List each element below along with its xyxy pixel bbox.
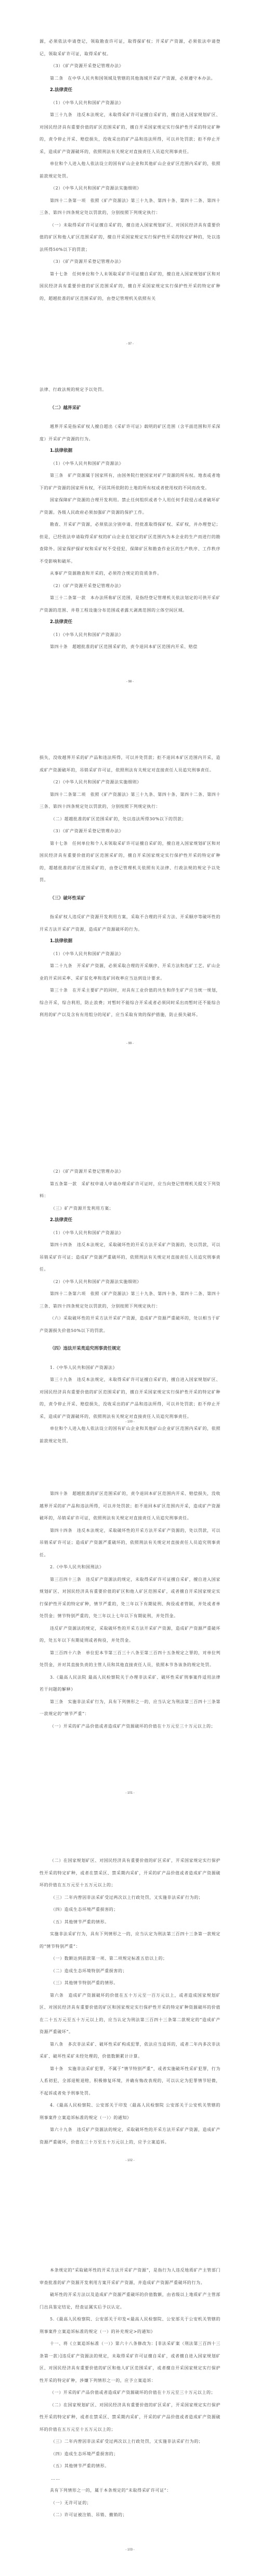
law-reference: （四）造成生态环境严重损害的； (40, 2448, 220, 2460)
section-heading: （四）违法开采类追究刑事责任规定 (40, 1343, 220, 1355)
page: （二）在国家规划矿区、对国民经济具有重要价值的矿区采矿，开采国家规定实行保护性开… (0, 1840, 260, 2208)
paragraph: 指采矿权人违反矿产资源开发利用方案，采取不合理的开采方法、开采顺序等破坏性的开采… (40, 911, 220, 935)
numbered-heading: 2.法律责任 (40, 84, 220, 97)
law-title: 1.《中华人民共和国矿产资源法》 (40, 1362, 220, 1374)
page-body: 第四十条 超越批准的矿区范围采矿的，责令退回本矿区范围内开采、赔偿损失，没收越界… (40, 1488, 220, 1732)
page-body: 本条规定的“采取破坏性的开采方法开采矿产资源”，是指行为人违反地质矿产主管部门审… (40, 2264, 220, 2521)
page: 源，必须依法申请登记，领取勘查许可证，取得探矿权；开采矿产资源，必须依法申请登记… (0, 0, 260, 368)
law-reference: （一）无许可证的； (40, 2497, 220, 2509)
paragraph: 第三条 矿产资源属于国家所有，由国务院行使国家对矿产资源的所有权。地表或者地下的… (40, 469, 220, 494)
paragraph: 第五条第一款 采矿权申请人申请办理采矿许可证时，应当向登记管理机关提交下列资料： (40, 1178, 220, 1202)
paragraph: （二）在国家规划矿区、对国民经济具有重要价值的矿区采矿，开采国家规定实行保护性开… (40, 1855, 220, 1892)
law-reference: （五）其他情节严重的情形。 (40, 1916, 220, 1928)
paragraph: 第四十四条 违反本法规定，采取破坏性的开采方法开采矿产资源的，处以罚款，可以吊销… (40, 1525, 220, 1562)
paragraph: 第二十九条 开采矿产资源，必须采取合理的开采顺序、开采方法和选矿工艺。矿山企业的… (40, 960, 220, 984)
law-reference: （2）《矿产资源开采登记管理办法》 (40, 580, 220, 592)
page-number: - 100 - (0, 1420, 260, 1424)
paragraph: 第四十二条第二项 依照《矿产资源法》第三十九条、第四十条、第四十二条、第四十三条… (40, 789, 220, 813)
paragraph: 4.《最高人民检察院、公安部关于印发〈最高人民检察院 公安部关于公安机关管辖的刑… (40, 2099, 220, 2124)
law-reference: （1）《中华人民共和国矿产资源法》 (40, 629, 220, 641)
law-reference: （2）《矿产资源开采登记管理办法》 (40, 1165, 220, 1178)
paragraph: 从事矿产资源勘查和开采的，必须符合规定的资质条件。 (40, 567, 220, 580)
law-reference: （3）《矿产资源开采登记管理办法》 (40, 60, 220, 72)
paragraph: 第三十九条 违反本法规定，未取得采矿许可证擅自采矿的，擅自进入国家规划矿区、对国… (40, 109, 220, 158)
ellipsis: …… (40, 2472, 220, 2485)
paragraph: 违反矿产资源法的规定，采取破坏性的开采方法开采矿产资源，造成矿产资源严重破坏的，… (40, 1622, 220, 1647)
paragraph: 第四十四条 违反本法规定，采取破坏性的开采方法开采矿产资源的，处以罚款，可以吊销… (40, 1239, 220, 1276)
paragraph: 国家保障矿产资源的合理开发利用。禁止任何组织或者个人用任何手段侵占或者破坏矿产资… (40, 494, 220, 518)
paragraph: 第四十二条第六项 依照《矿产资源法》第三十九条、第四十条、第四十二条、第四十三条… (40, 1288, 220, 1312)
law-reference: （2）《中华人民共和国矿产资源法实施细则》 (40, 182, 220, 195)
page-number: - 103 - (0, 2548, 260, 2552)
paragraph: 第八条 多次非法采矿、破坏性采矿构成犯罪，依法应当追诉的，或者二年内多次非法采矿… (40, 2038, 220, 2063)
paragraph: 十一、将《立案追诉标准（一）》第六十八条修改为：[非法采矿案（刑法第三百四十三条… (40, 2338, 220, 2387)
paragraph: 实施非法采矿行为，具有下列情形之一的，应当认定为刑法第三百四十三条第一款规定的“… (40, 1928, 220, 1952)
section-heading: （三）破坏性采矿 (40, 893, 220, 905)
law-reference: （3）《矿产资源开采登记管理办法》 (40, 825, 220, 837)
law-title: 具有下列情形之一的，属于本条规定的“未取得采矿许可证”： (40, 2484, 220, 2497)
section-heading: （二）越界采矿 (40, 402, 220, 415)
paragraph: 法律、行政法规的规定予以处罚。 (40, 384, 220, 396)
paragraph: 第十七条 任何单位和个人未领取采矿许可证擅自采矿的，擅自进入国家规划矿区和对国民… (40, 837, 220, 886)
paragraph: 第十条 实施非法采矿犯罪，不属于“情节特别严重”，或者实施破坏性采矿犯罪，行为人… (40, 2063, 220, 2100)
law-reference: （3）《矿产资源开采登记管理办法》 (40, 256, 220, 268)
numbered-heading: 2.法律责任 (40, 616, 220, 629)
paragraph: 越界开采是指采矿权人擅自超出《采矿许可证》载明的矿区范围（含平面范围和开采深度）… (40, 421, 220, 445)
paragraph: 第三百四十六条 单位犯本节第三百三十八条至第三百四十五条规定之罪的，对单位判处罚… (40, 1647, 220, 1671)
page-body: （2）《矿产资源开采登记管理办法》第五条第一款 采矿权申请人申请办理采矿许可证时… (40, 1165, 220, 1447)
law-reference: （四）造成生态环境严重损害的； (40, 1904, 220, 1916)
page-number: - 101 - (0, 1792, 260, 1795)
page-body: 源，必须依法申请登记，领取勘查许可证，取得探矿权；开采矿产资源，必须依法申请登记… (40, 35, 220, 304)
law-reference: （二）超越批准的矿区范围采矿的，处以违法所得30%以下的罚款； (40, 813, 220, 826)
paragraph: 破坏性的开采方法以及造成矿产资源严重破坏的价值数额，由省级以上地质矿产主管部门出… (40, 2289, 220, 2313)
page: 法律、行政法规的规定予以处罚。（二）越界采矿越界开采是指采矿权人擅自超出《采矿许… (0, 368, 260, 736)
page: 损失，没收越界开采的矿产品和违法所得，可以并处罚款；拒不退回本矿区范围内开采，造… (0, 736, 260, 1104)
paragraph: 源，必须依法申请登记，领取勘查许可证，取得探矿权；开采矿产资源，必须依法申请登记… (40, 35, 220, 60)
paragraph: （一）开采的矿产品价值或者造成矿产资源破坏的价值在十万元至三十万元以上的； (40, 2387, 220, 2399)
paragraph: （一）开采的矿产品价值或者造成矿产资源破坏的价值在十万元至三十万元以上的； (40, 1720, 220, 1733)
law-reference: （1）《中华人民共和国矿产资源法》 (40, 97, 220, 109)
law-reference: （三）二年内曾因非法采矿受过两次以上行政处罚，又实施非法采矿行为的； (40, 1892, 220, 1904)
paragraph: （二）在国家规划矿区、对国民经济具有重要价值的矿区采矿，开采国家规定实行保护性开… (40, 2399, 220, 2436)
law-reference: （1）《中华人民共和国矿产资源法》 (40, 458, 220, 470)
paragraph: 第四十条 超越批准的矿区范围采矿的，责令退回本矿区范围内开采、赔偿损失，没收越界… (40, 1488, 220, 1525)
page: 本条规定的“采取破坏性的开采方法开采矿产资源”，是指行为人违反地质矿产主管部门审… (0, 2208, 260, 2576)
paragraph: 第三百四十三条 违反矿产资源法的规定，未取得采矿许可证擅自采矿，擅自进入国家规划… (40, 1573, 220, 1622)
page-body: 法律、行政法规的规定予以处罚。（二）越界采矿越界开采是指采矿权人擅自超出《采矿许… (40, 384, 220, 653)
paragraph: 第二条 在中华人民共和国领域及管辖的其他海域开采矿产资源，必须遵守本办法。 (40, 72, 220, 85)
document: 源，必须依法申请登记，领取勘查许可证，取得探矿权；开采矿产资源，必须依法申请登记… (0, 0, 260, 2576)
law-reference: （二）许可证被注销、吊销、撤销的； (40, 2509, 220, 2521)
page-body: 损失，没收越界开采的矿产品和违法所得，可以并处罚款；拒不退回本矿区范围内开采，造… (40, 752, 220, 1021)
law-reference: （五）其他情节严重的情形。 (40, 2460, 220, 2472)
paragraph: 第十七条 任何单位和个人未领取采矿许可证擅自采矿的，擅自进入国家规划矿区和对国民… (40, 268, 220, 305)
numbered-heading: 1.法律依据 (40, 445, 220, 458)
paragraph: 第六条 造成矿产资源破坏的价值在五十万元至一百万元以上，或者造成国家规划矿区、对… (40, 1989, 220, 2038)
page-body: （二）在国家规划矿区、对国民经济具有重要价值的矿区采矿，开采国家规定实行保护性开… (40, 1855, 220, 2148)
page-number: - 98 - (0, 680, 260, 683)
paragraph: （一）未取得采矿许可证擅自采矿的，擅自进入国家规划矿区、对国民经济具有重要价值的… (40, 219, 220, 256)
paragraph: 第三条 实施非法采矿行为，具有下列情形之一的，应当认定为刑法第三百四十三条第一款… (40, 1696, 220, 1720)
law-title: 2.《中华人民共和国刑法》 (40, 1561, 220, 1573)
numbered-heading: 1.法律依据 (40, 935, 220, 948)
paragraph: 第三十二条第一款 本办法所称矿区范围，是指经登记管理机关依法划定的可供开采矿产资… (40, 592, 220, 616)
law-reference: （1）《中华人民共和国矿产资源法》 (40, 1227, 220, 1239)
law-reference: （三）矿产资源开发利用方案； (40, 1202, 220, 1215)
paragraph: 本条规定的“采取破坏性的开采方法开采矿产资源”，是指行为人违反地质矿产主管部门审… (40, 2264, 220, 2289)
paragraph: 勘查、开采矿产资源，必须依法分别申请、经批准取得探矿权、采矿权，并办理登记；但是… (40, 518, 220, 567)
page: （2）《矿产资源开采登记管理办法》第五条第一款 采矿权申请人申请办理采矿许可证时… (0, 1104, 260, 1472)
paragraph: 3.《最高人民法院 最高人民检察院关于办理非法采矿、破坏性采矿刑事案件适用法律若… (40, 1671, 220, 1696)
numbered-heading: 2.法律责任 (40, 1214, 220, 1227)
paragraph: 第三十九条 违反本法规定，未取得采矿许可证擅自采矿的，擅自进入国家规划矿区、对国… (40, 1374, 220, 1423)
paragraph: 第六十九条 违反矿产资源法的规定，采取破坏性的开采方法开采矿产资源，造成矿产资源… (40, 2124, 220, 2148)
paragraph: 第三十条 在开采主要矿产的同时，对具有工业价值的共生和伴生矿产应当统一规划，综合… (40, 984, 220, 1021)
page: 第四十条 超越批准的矿区范围采矿的，责令退回本矿区范围内开采、赔偿损失，没收越界… (0, 1472, 260, 1840)
law-reference: （2）《中华人民共和国矿产资源法实施细则》 (40, 776, 220, 789)
paragraph: 第四十条 超越批准的矿区范围采矿的，责令退回本矿区范围内开采、赔偿 (40, 641, 220, 653)
law-reference: （2）《中华人民共和国矿产资源法实施细则》 (40, 1276, 220, 1288)
page-number: - 97 - (0, 342, 260, 346)
page-number: - 99 - (0, 1042, 260, 1045)
law-reference: （1）《中华人民共和国矿产资源法》 (40, 948, 220, 960)
law-reference: （二）造成生态环境特别严重损害的； (40, 1965, 220, 1977)
law-reference: （一）数额达到前款第一项、第二项规定标准五倍以上的； (40, 1952, 220, 1965)
law-reference: （三）其他情节特别严重的情形。 (40, 1977, 220, 1989)
paragraph: 第四十二条第一项 依照《矿产资源法》第三十九条、第四十条、第四十二条、第四十三条… (40, 195, 220, 219)
paragraph: 单位和个人进入他人依法设立的国有矿山企业和其他矿山企业矿区范围内采矿的，依照前款… (40, 158, 220, 182)
page-number: - 102 - (0, 2159, 260, 2162)
paragraph: 单位和个人进入他人依法设立的国有矿山企业和其他矿山企业矿区范围内采矿的，依照前款… (40, 1423, 220, 1447)
paragraph: （六）采取破坏性的开采方法开采矿产资源，造成矿产资源严重破坏的，处以相当于矿产资… (40, 1312, 220, 1337)
paragraph: 损失，没收越界开采的矿产品和违法所得，可以并处罚款；拒不退回本矿区范围内开采，造… (40, 752, 220, 776)
paragraph: 5.《最高人民检察院、公安部关于印发<最高人民检察院、公安部关于公安机关管辖的刑… (40, 2313, 220, 2338)
law-reference: （三）二年内曾因非法采矿受过两次以上行政处罚，又实施非法采矿行为的； (40, 2435, 220, 2448)
